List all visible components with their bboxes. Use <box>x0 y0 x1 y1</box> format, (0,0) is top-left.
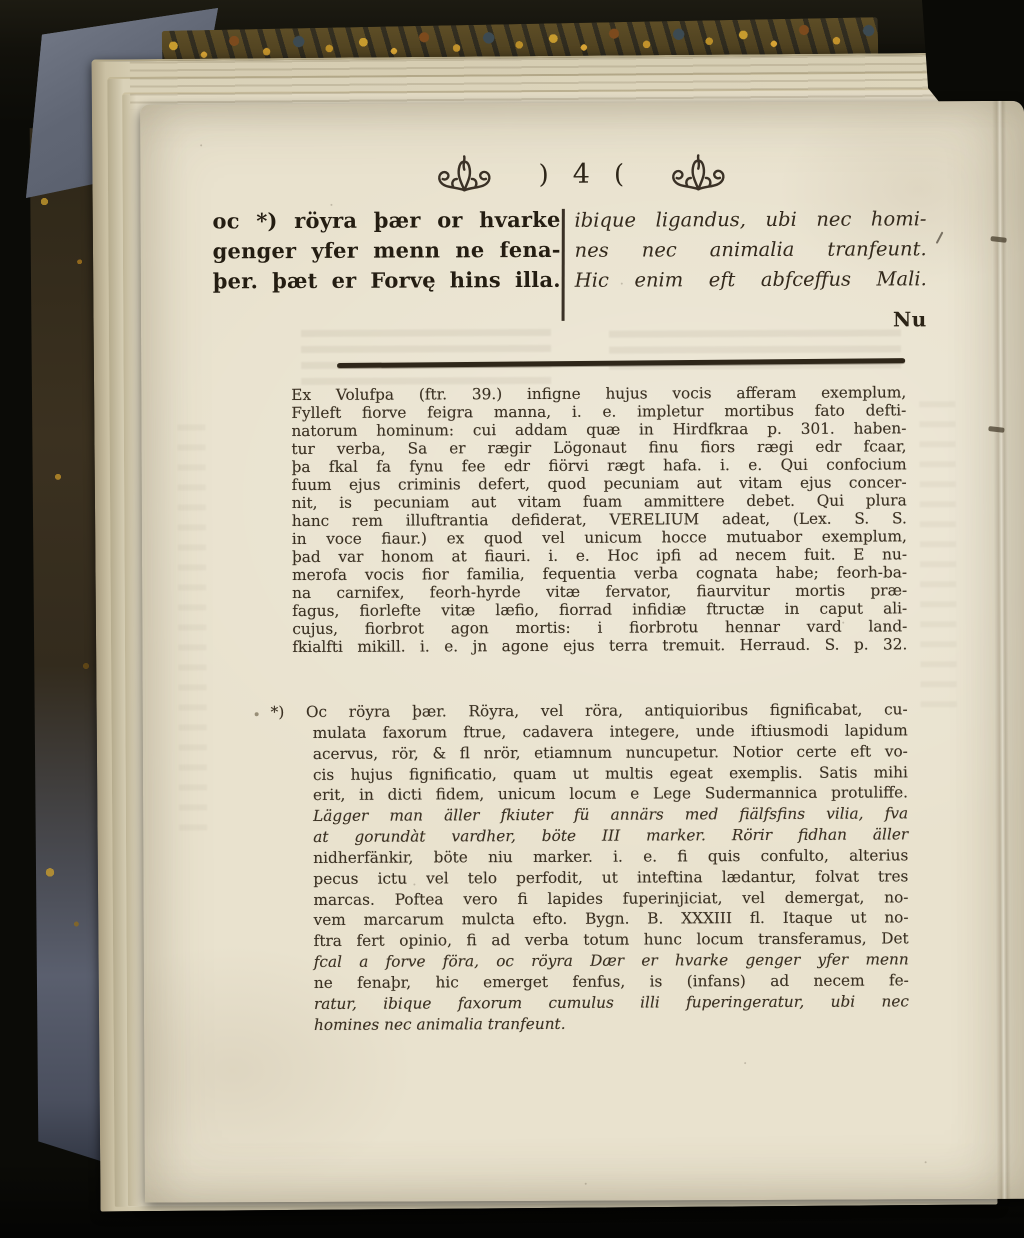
text-line: Hic enim eft abfceffus Mali. <box>575 264 927 296</box>
page-header: ) 4 ( <box>434 150 728 197</box>
norse-text-column: oc *) röyra þær or hvarkegenger yfer men… <box>212 205 560 297</box>
ink-fleck <box>936 231 944 243</box>
text-line: homines nec animalia tranfeunt. <box>314 1012 909 1035</box>
catchword: Nu <box>893 307 927 331</box>
page-number: 4 <box>573 158 590 189</box>
gutter-crease <box>992 101 1011 1199</box>
footnote-block: *) Oc röyra þær. Röyra, vel röra, antiqu… <box>271 699 909 1035</box>
bracket-right: ( <box>614 159 624 189</box>
photo-background: ) 4 ( oc *) röyra þær or hvarkegenger yf… <box>0 0 1024 1238</box>
text-line: genger yfer menn ne fena- <box>213 235 561 267</box>
ink-dot <box>255 712 259 716</box>
text-line: þer. þæt er Forvę hins illa. <box>213 265 561 297</box>
bleedthrough-text <box>609 329 901 374</box>
text-line: Lägger man äller fkiuter fü annärs med f… <box>313 804 908 827</box>
bracket-left: ) <box>538 159 548 189</box>
binding-stitch <box>988 426 1004 433</box>
text-line: vem marcarum mulcta efto. Bygn. B. XXXII… <box>314 908 909 931</box>
fleuron-icon <box>434 153 494 195</box>
text-line: cis hujus fignificatio, quam ut multis e… <box>313 762 908 785</box>
column-divider-rule <box>562 209 565 321</box>
text-line: mulata faxorum ftrue, cadavera integere,… <box>313 720 908 743</box>
text-line: nidherfänkir, böte niu marker. i. e. fi … <box>313 845 908 868</box>
text-line: nes nec animalia tranfeunt. <box>575 234 927 266</box>
text-line: fcal a forve föra, oc röyra Dær er hvark… <box>314 949 909 972</box>
commentary-paragraph: Ex Volufpa (ftr. 39.) infigne hujus voci… <box>291 383 907 656</box>
bleedthrough-margin <box>177 424 207 844</box>
bleedthrough-margin <box>919 401 956 721</box>
latin-text-column: ibique ligandus, ubi nec homi-nes nec an… <box>574 204 926 296</box>
book-page: ) 4 ( oc *) röyra þær or hvarkegenger yf… <box>140 101 1024 1203</box>
text-line: erit, in dicti fidem, unicum locum e Leg… <box>313 783 908 806</box>
bleedthrough-text <box>301 329 551 386</box>
text-line: pecus ictu vel telo perfodit, ut intefti… <box>313 866 908 889</box>
text-line: *) Oc röyra þær. Röyra, vel röra, antiqu… <box>313 699 908 722</box>
text-line: ftra fert opinio, fi ad verba totum hunc… <box>314 929 909 952</box>
text-line: ratur, ibique faxorum cumulus illi fuper… <box>314 991 909 1014</box>
text-line: at gorundàt vardher, böte III marker. Rö… <box>313 824 908 847</box>
page-number-group: ) 4 ( <box>538 158 624 189</box>
text-line: acervus, rör, & fl nrör, etiamnum nuncup… <box>313 741 908 764</box>
text-line: ibique ligandus, ubi nec homi- <box>574 204 926 236</box>
text-line: oc *) röyra þær or hvarke <box>212 205 560 237</box>
paper-specks <box>200 144 202 146</box>
fleuron-icon <box>668 152 728 194</box>
text-line: marcas. Poftea vero fi lapides fuperinji… <box>313 887 908 910</box>
text-line: fkialfti mikill. i. e. jn agone ejus ter… <box>292 635 907 656</box>
text-line: ne fenaþr, hic emerget fenfus, is (infan… <box>314 970 909 993</box>
